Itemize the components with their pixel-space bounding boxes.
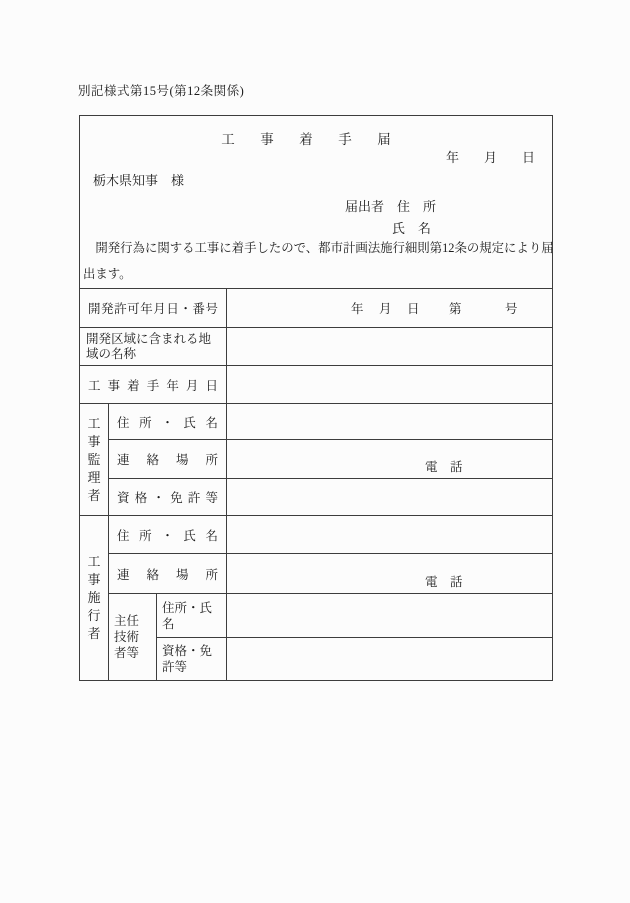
chief-engineer-address-value-cell [227,594,553,638]
supervisor-phone-label: 電 話 [425,457,463,475]
submitter-address-line: 届出者 住 所 [345,196,436,218]
supervisor-section-label: 工事監理者 [88,415,101,505]
start-date-row: 工事着手年月日 [80,366,553,404]
executor-contact-row: 連絡場所 電 話 [80,554,553,594]
declaration-line-1: 開発行為に関する工事に着手したので、都市計画法施行細則第12条の規定により届け [83,235,549,261]
supervisor-license-row: 資格・免許等 [80,479,553,516]
chief-engineer-license-value-cell [227,638,553,681]
date-line: 年 月 日 [446,147,541,166]
permit-value-cell: 年 月 日 第 号 [227,289,553,328]
chief-engineer-address-label-cell: 住所・氏名 [157,594,227,638]
construction-notice-form-table: 工 事 着 手 届 年 月 日 栃木県知事 様 届出者 住 所 氏 名 開発行為… [79,115,553,681]
document-page: 別記様式第15号(第12条関係) 工 事 着 手 届 年 月 日 栃木県知事 様… [0,0,630,903]
chief-engineer-address-row: 主任技術者等 住所・氏名 [80,594,553,638]
supervisor-contact-row: 連絡場所 電 話 [80,440,553,479]
supervisor-contact-label-cell: 連絡場所 [109,440,227,479]
addressee-line: 栃木県知事 様 [93,170,184,189]
supervisor-license-value-cell [227,479,553,516]
submitter-block: 届出者 住 所 氏 名 [345,196,436,240]
form-title: 工 事 着 手 届 [80,128,538,148]
declaration-line-2: 出ます。 [83,261,549,287]
supervisor-section-cell: 工事監理者 [80,404,109,516]
supervisor-contact-value-cell: 電 話 [227,440,553,479]
form-header-cell: 工 事 着 手 届 年 月 日 栃木県知事 様 届出者 住 所 氏 名 開発行為… [80,116,553,289]
supervisor-address-row: 工事監理者 住所・氏名 [80,404,553,440]
region-value-cell [227,328,553,366]
executor-address-label-cell: 住所・氏名 [109,516,227,554]
region-label-cell: 開発区域に含まれる地域の名称 [80,328,227,366]
form-reference-heading: 別記様式第15号(第12条関係) [78,81,244,99]
form-header-row: 工 事 着 手 届 年 月 日 栃木県知事 様 届出者 住 所 氏 名 開発行為… [80,116,553,289]
region-row: 開発区域に含まれる地域の名称 [80,328,553,366]
supervisor-address-label-cell: 住所・氏名 [109,404,227,440]
executor-address-row: 工事施行者 住所・氏名 [80,516,553,554]
chief-engineer-section-cell: 主任技術者等 [109,594,157,681]
executor-section-label: 工事施行者 [88,553,101,643]
start-date-label-cell: 工事着手年月日 [80,366,227,404]
executor-phone-label: 電 話 [425,572,463,590]
chief-engineer-license-label-cell: 資格・免許等 [157,638,227,681]
start-date-value-cell [227,366,553,404]
executor-address-value-cell [227,516,553,554]
executor-contact-value-cell: 電 話 [227,554,553,594]
permit-row: 開発許可年月日・番号 年 月 日 第 号 [80,289,553,328]
executor-contact-label-cell: 連絡場所 [109,554,227,594]
permit-value-placeholder: 年 月 日 第 号 [227,299,552,317]
permit-label-cell: 開発許可年月日・番号 [80,289,227,328]
supervisor-license-label-cell: 資格・免許等 [109,479,227,516]
declaration-paragraph: 開発行為に関する工事に着手したので、都市計画法施行細則第12条の規定により届け … [83,235,549,287]
executor-section-cell: 工事施行者 [80,516,109,681]
supervisor-address-value-cell [227,404,553,440]
